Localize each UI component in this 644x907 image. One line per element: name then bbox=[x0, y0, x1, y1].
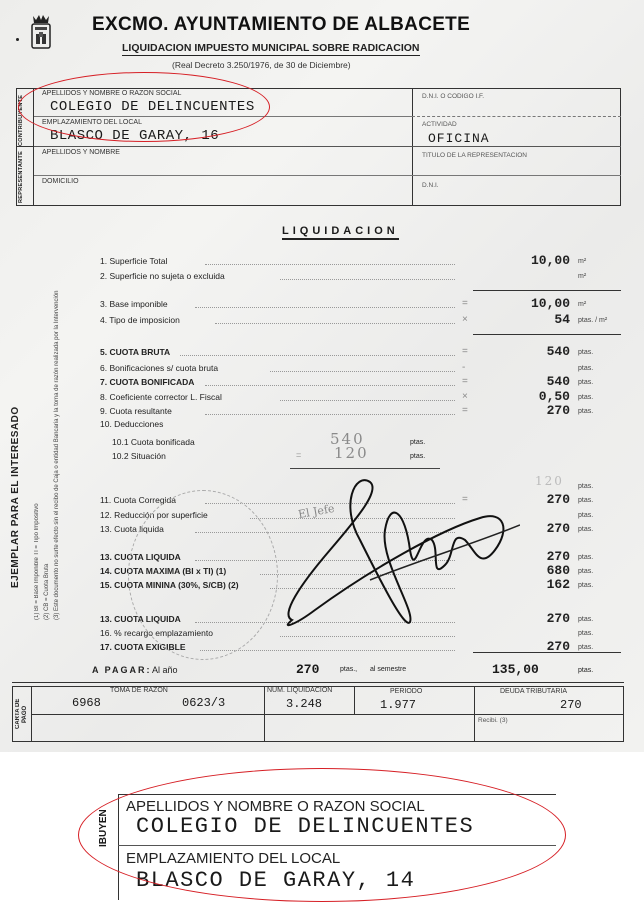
deduction-label: 10.2 Situación bbox=[112, 451, 166, 461]
row-operator: = bbox=[462, 494, 468, 505]
toma-value-1: 6968 bbox=[72, 696, 101, 710]
sum-line bbox=[290, 468, 440, 469]
row-unit: ptas. bbox=[578, 582, 593, 589]
row-value: 0,50 bbox=[539, 389, 570, 404]
row-operator: = bbox=[462, 298, 468, 309]
row-label: 2. Superficie no sujeta o excluida bbox=[100, 271, 225, 281]
row-label: 3. Base imponible bbox=[100, 299, 168, 309]
row-unit: ptas. bbox=[578, 512, 593, 519]
annual-unit: ptas., bbox=[340, 666, 357, 673]
row-unit: m² bbox=[578, 301, 586, 308]
deduction-unit: ptas. bbox=[410, 453, 425, 460]
activity-label: ACTIVIDAD bbox=[422, 121, 457, 128]
deduction-row: 10.2 Situación bbox=[112, 451, 166, 461]
decree-reference: (Real Decreto 3.250/1976, de 30 de Dicie… bbox=[172, 60, 351, 70]
liquidacion-row: 1. Superficie Total10,00m² bbox=[100, 256, 630, 268]
row-label: 9. Cuota resultante bbox=[100, 406, 172, 416]
liquidacion-title: LIQUIDACION bbox=[282, 225, 399, 240]
activity-value: OFICINA bbox=[428, 131, 490, 146]
row-unit: ptas. bbox=[578, 394, 593, 401]
row-unit: ptas. bbox=[578, 365, 593, 372]
num-liquidacion-value: 3.248 bbox=[286, 697, 322, 711]
row-unit: ptas. bbox=[578, 568, 593, 575]
footnotes: (1) BI = Base Imponible TI = Tipo Imposi… bbox=[32, 230, 76, 620]
row-label: 5. CUOTA BRUTA bbox=[100, 347, 170, 357]
deduction-row: 10.1 Cuota bonificada bbox=[112, 437, 195, 447]
period-label: PERIODO bbox=[390, 688, 422, 695]
row-value: 270 bbox=[547, 403, 570, 418]
row-operator: = bbox=[462, 376, 468, 387]
representative-name-label: APELLIDOS Y NOMBRE bbox=[42, 149, 120, 156]
row-value: 540 bbox=[547, 374, 570, 389]
leader-dots bbox=[215, 323, 455, 324]
margin-dot bbox=[16, 38, 19, 41]
deduction-total-unit: ptas. bbox=[578, 483, 593, 490]
document-subtitle: LIQUIDACION IMPUESTO MUNICIPAL SOBRE RAD… bbox=[122, 42, 420, 56]
row-unit: ptas. bbox=[578, 616, 593, 623]
period-value: 1.977 bbox=[380, 698, 416, 712]
annual-label: Al año bbox=[152, 665, 178, 675]
leader-dots bbox=[205, 264, 455, 265]
leader-dots bbox=[270, 371, 455, 372]
row-unit: m² bbox=[578, 258, 586, 265]
num-liquidacion-label: NUM. LIQUIDACION bbox=[267, 687, 332, 694]
domicile-label: DOMICILIO bbox=[42, 178, 79, 185]
row-operator: × bbox=[462, 391, 468, 402]
semester-unit: ptas. bbox=[578, 667, 593, 674]
side-divider bbox=[16, 146, 34, 147]
row-unit: ptas. bbox=[578, 379, 593, 386]
leader-dots bbox=[270, 588, 455, 589]
receipt-col-divider bbox=[474, 686, 475, 742]
row-label: 6. Bonificaciones s/ cuota bruta bbox=[100, 363, 218, 373]
official-stamp bbox=[128, 490, 278, 660]
leader-dots bbox=[280, 279, 455, 280]
side-label-representante: REPRESENTANTE bbox=[18, 150, 24, 204]
receipt-col-divider bbox=[354, 686, 355, 714]
debt-label: DEUDA TRIBUTARIA bbox=[500, 688, 567, 695]
receipt-col-divider bbox=[264, 686, 265, 742]
received-label: Recibi. (3) bbox=[478, 717, 508, 724]
highlight-ellipse bbox=[18, 72, 270, 142]
toma-value-2: 0623/3 bbox=[182, 696, 225, 710]
footnote: (3) Este documento no surte efecto sin e… bbox=[52, 230, 62, 620]
row-value: 162 bbox=[547, 577, 570, 592]
row-value: 540 bbox=[547, 344, 570, 359]
liquidacion-row: 5. CUOTA BRUTA=540ptas. bbox=[100, 347, 630, 359]
row-unit: ptas. bbox=[578, 408, 593, 415]
row-operator: × bbox=[462, 314, 468, 325]
dni-label: D.N.I. O CODIGO I.F. bbox=[422, 93, 484, 100]
leader-dots bbox=[260, 574, 455, 575]
row-value: 270 bbox=[547, 549, 570, 564]
deduction-label: 10.1 Cuota bonificada bbox=[112, 437, 195, 447]
row-operator: = bbox=[462, 405, 468, 416]
footnote: (1) BI = Base Imponible TI = Tipo Imposi… bbox=[32, 230, 42, 620]
sum-line bbox=[473, 652, 621, 653]
row-value: 680 bbox=[547, 563, 570, 578]
liquidacion-row: 9. Cuota resultante=270ptas. bbox=[100, 406, 630, 418]
leader-dots bbox=[200, 650, 455, 651]
row-value: 270 bbox=[547, 492, 570, 507]
receipt-side-label: CARTA DE PAGO bbox=[15, 690, 29, 738]
semester-label: al semestre bbox=[370, 666, 406, 673]
deduction-op: = bbox=[296, 450, 301, 460]
row-label: 7. CUOTA BONIFICADA bbox=[100, 377, 194, 387]
leader-dots bbox=[250, 518, 455, 519]
deduction-unit: ptas. bbox=[410, 439, 425, 446]
row-value: 54 bbox=[554, 312, 570, 327]
sum-line bbox=[473, 290, 621, 291]
copy-label: EJEMPLAR PARA EL INTERESADO bbox=[10, 392, 26, 602]
deduction-handwritten-value: 120 bbox=[334, 444, 369, 462]
deductions-label: 10. Deducciones bbox=[100, 419, 163, 429]
column-divider bbox=[412, 88, 413, 206]
row-unit: ptas. bbox=[578, 630, 593, 637]
row-divider bbox=[34, 175, 621, 176]
document-title: EXCMO. AYUNTAMIENTO DE ALBACETE bbox=[92, 14, 470, 36]
deduction-total-value: 120 bbox=[535, 474, 564, 488]
leader-dots bbox=[195, 307, 455, 308]
semester-value: 135,00 bbox=[492, 662, 539, 677]
row-unit: ptas. bbox=[578, 349, 593, 356]
row-unit: ptas. bbox=[578, 554, 593, 561]
row-label: 4. Tipo de imposicion bbox=[100, 315, 180, 325]
row-operator: - bbox=[462, 362, 465, 373]
leader-dots bbox=[280, 400, 455, 401]
liquidacion-row: 2. Superficie no sujeta o excluidam² bbox=[100, 271, 630, 283]
row-operator: = bbox=[462, 346, 468, 357]
row-label: 8. Coeficiente corrector L. Fiscal bbox=[100, 392, 222, 402]
row-value: 10,00 bbox=[531, 253, 570, 268]
receipt-row-divider bbox=[32, 714, 624, 715]
liquidacion-row: 7. CUOTA BONIFICADA=540ptas. bbox=[100, 377, 630, 389]
annual-value: 270 bbox=[296, 662, 319, 677]
representative-dni-label: D.N.I. bbox=[422, 182, 439, 189]
row-value: 10,00 bbox=[531, 296, 570, 311]
highlight-ellipse-zoom bbox=[78, 768, 566, 902]
debt-value: 270 bbox=[560, 698, 582, 712]
sum-line bbox=[473, 334, 621, 335]
receipt-side: CARTA DE PAGO bbox=[12, 686, 32, 742]
toma-label: TOMA DE RAZON bbox=[110, 687, 168, 694]
footnote: (2) CB = Cuota Bruta bbox=[42, 230, 52, 620]
leader-dots bbox=[205, 385, 455, 386]
leader-dots bbox=[205, 414, 455, 415]
row-unit: ptas. bbox=[578, 497, 593, 504]
row-divider bbox=[412, 116, 621, 117]
row-unit: ptas. / m² bbox=[578, 317, 607, 324]
leader-dots bbox=[280, 636, 455, 637]
representation-title-label: TITULO DE LA REPRESENTACION bbox=[422, 152, 527, 159]
coat-of-arms-icon bbox=[30, 14, 52, 52]
payment-label: A PAGAR: bbox=[92, 665, 152, 675]
receipt-top-line bbox=[12, 682, 624, 683]
row-value: 270 bbox=[547, 611, 570, 626]
row-unit: m² bbox=[578, 273, 586, 280]
liquidacion-row: 3. Base imponible=10,00m² bbox=[100, 299, 630, 311]
row-unit: ptas. bbox=[578, 644, 593, 651]
row-unit: ptas. bbox=[578, 526, 593, 533]
liquidacion-row: 4. Tipo de imposicion×54ptas. / m² bbox=[100, 315, 630, 327]
row-value: 270 bbox=[547, 521, 570, 536]
row-divider bbox=[34, 146, 621, 147]
leader-dots bbox=[180, 355, 455, 356]
row-label: 1. Superficie Total bbox=[100, 256, 167, 266]
